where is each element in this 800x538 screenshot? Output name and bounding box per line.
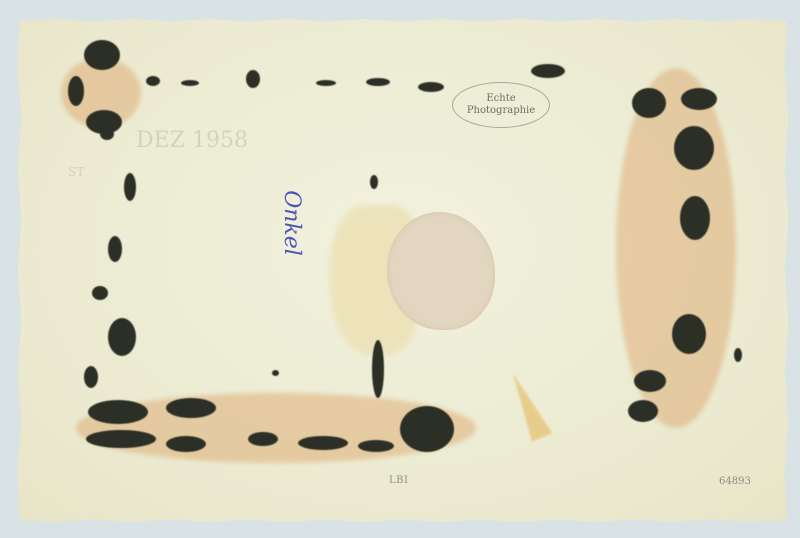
residue-blot (166, 436, 206, 452)
residue-blot (366, 78, 390, 86)
residue-blot (248, 432, 278, 446)
residue-blot (246, 70, 260, 88)
publisher-code: LBI (389, 475, 408, 486)
postcard-back: DEZ 1958 ST Echte Photographie (16, 18, 790, 523)
residue-blot (108, 318, 136, 356)
residue-blot (86, 430, 156, 448)
residue-blot (734, 348, 742, 362)
residue-blot (84, 366, 98, 388)
residue-blot (370, 175, 378, 189)
residue-blot (418, 82, 444, 92)
residue-blot (100, 128, 114, 140)
rust-spot (616, 68, 736, 428)
residue-blot (166, 398, 216, 418)
yellow-stain (506, 368, 553, 441)
residue-blot (674, 126, 714, 170)
residue-blot (181, 80, 199, 86)
echte-photographie-stamp: Echte Photographie (452, 82, 550, 128)
stamp-line-2: Photographie (467, 105, 535, 117)
faint-postmark-partial: ST (68, 165, 84, 179)
residue-blot (628, 400, 658, 422)
residue-blot (400, 406, 454, 452)
residue-blot (298, 436, 348, 450)
residue-blot (88, 400, 148, 424)
faint-postmark-date: DEZ 1958 (136, 128, 248, 153)
residue-blot (531, 64, 565, 78)
stamp-line-1: Echte (486, 93, 515, 105)
residue-blot (634, 370, 666, 392)
residue-blot (68, 76, 84, 106)
residue-blot (84, 40, 120, 70)
residue-blot (672, 314, 706, 354)
residue-blot (632, 88, 666, 118)
residue-blot (146, 76, 160, 86)
residue-blot (358, 440, 394, 452)
residue-blot (108, 236, 122, 262)
handwritten-note: Onkel (252, 203, 332, 243)
residue-blot (124, 173, 136, 201)
glue-stain-disc (387, 212, 495, 330)
residue-blot (680, 196, 710, 240)
residue-blot (316, 80, 336, 86)
residue-blot (681, 88, 717, 110)
residue-blot (272, 370, 279, 376)
card-number: 64893 (719, 476, 751, 487)
residue-blot (92, 286, 108, 300)
residue-blot (372, 340, 384, 398)
